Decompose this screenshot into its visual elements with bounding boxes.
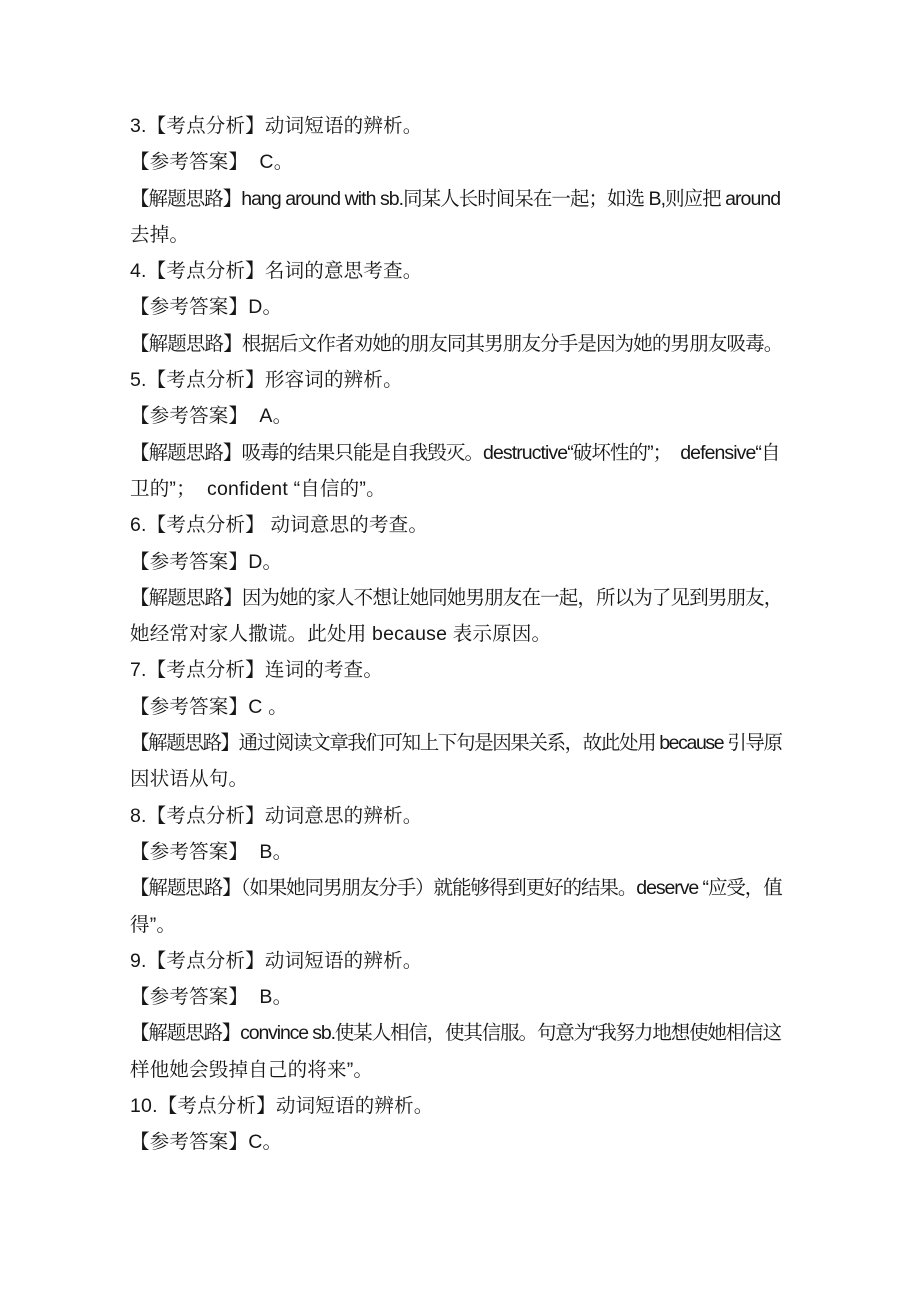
text-line: 10.【考点分析】动词短语的辨析。: [130, 1088, 790, 1124]
text-line: 【解题思路】通过阅读文章我们可知上下句是因果关系，故此处用 because 引导…: [130, 725, 790, 761]
text-line: 去掉。: [130, 217, 790, 253]
text-line: 【参考答案】D。: [130, 544, 790, 580]
text-line: 【解题思路】（如果她同男朋友分手）就能够得到更好的结果。deserve “应受，…: [130, 870, 790, 906]
text-line: 样他她会毁掉自己的将来”。: [130, 1052, 790, 1088]
text-line: 【参考答案】D。: [130, 289, 790, 325]
text-line: 6.【考点分析】 动词意思的考查。: [130, 507, 790, 543]
text-line: 5.【考点分析】形容词的辨析。: [130, 362, 790, 398]
document-page: 3.【考点分析】动词短语的辨析。【参考答案】 C。【解题思路】hang arou…: [0, 0, 920, 1302]
text-line: 她经常对家人撒谎。此处用 because 表示原因。: [130, 616, 790, 652]
text-line: 9.【考点分析】动词短语的辨析。: [130, 943, 790, 979]
text-line: 【解题思路】因为她的家人不想让她同她男朋友在一起，所以为了见到男朋友，: [130, 580, 790, 616]
text-line: 4.【考点分析】名词的意思考查。: [130, 253, 790, 289]
text-line: 3.【考点分析】动词短语的辨析。: [130, 108, 790, 144]
text-line: 【解题思路】吸毒的结果只能是自我毁灭。destructive“破坏性的”； de…: [130, 435, 790, 471]
text-line: 【参考答案】 C。: [130, 144, 790, 180]
text-line: 【参考答案】 B。: [130, 979, 790, 1015]
text-line: 得”。: [130, 907, 790, 943]
text-line: 【参考答案】C。: [130, 1124, 790, 1160]
text-line: 8.【考点分析】动词意思的辨析。: [130, 798, 790, 834]
text-line: 【解题思路】hang around with sb.同某人长时间呆在一起；如选 …: [130, 181, 790, 217]
text-line: 【解题思路】根据后文作者劝她的朋友同其男朋友分手是因为她的男朋友吸毒。: [130, 326, 790, 362]
text-line: 因状语从句。: [130, 761, 790, 797]
text-line: 卫的”； confident “自信的”。: [130, 471, 790, 507]
text-line: 【参考答案】 B。: [130, 834, 790, 870]
text-block: 3.【考点分析】动词短语的辨析。【参考答案】 C。【解题思路】hang arou…: [130, 108, 790, 1161]
text-line: 7.【考点分析】连词的考查。: [130, 652, 790, 688]
text-line: 【解题思路】convince sb.使某人相信，使其信服。句意为“我努力地想使她…: [130, 1015, 790, 1051]
text-line: 【参考答案】 A。: [130, 398, 790, 434]
text-line: 【参考答案】C 。: [130, 689, 790, 725]
